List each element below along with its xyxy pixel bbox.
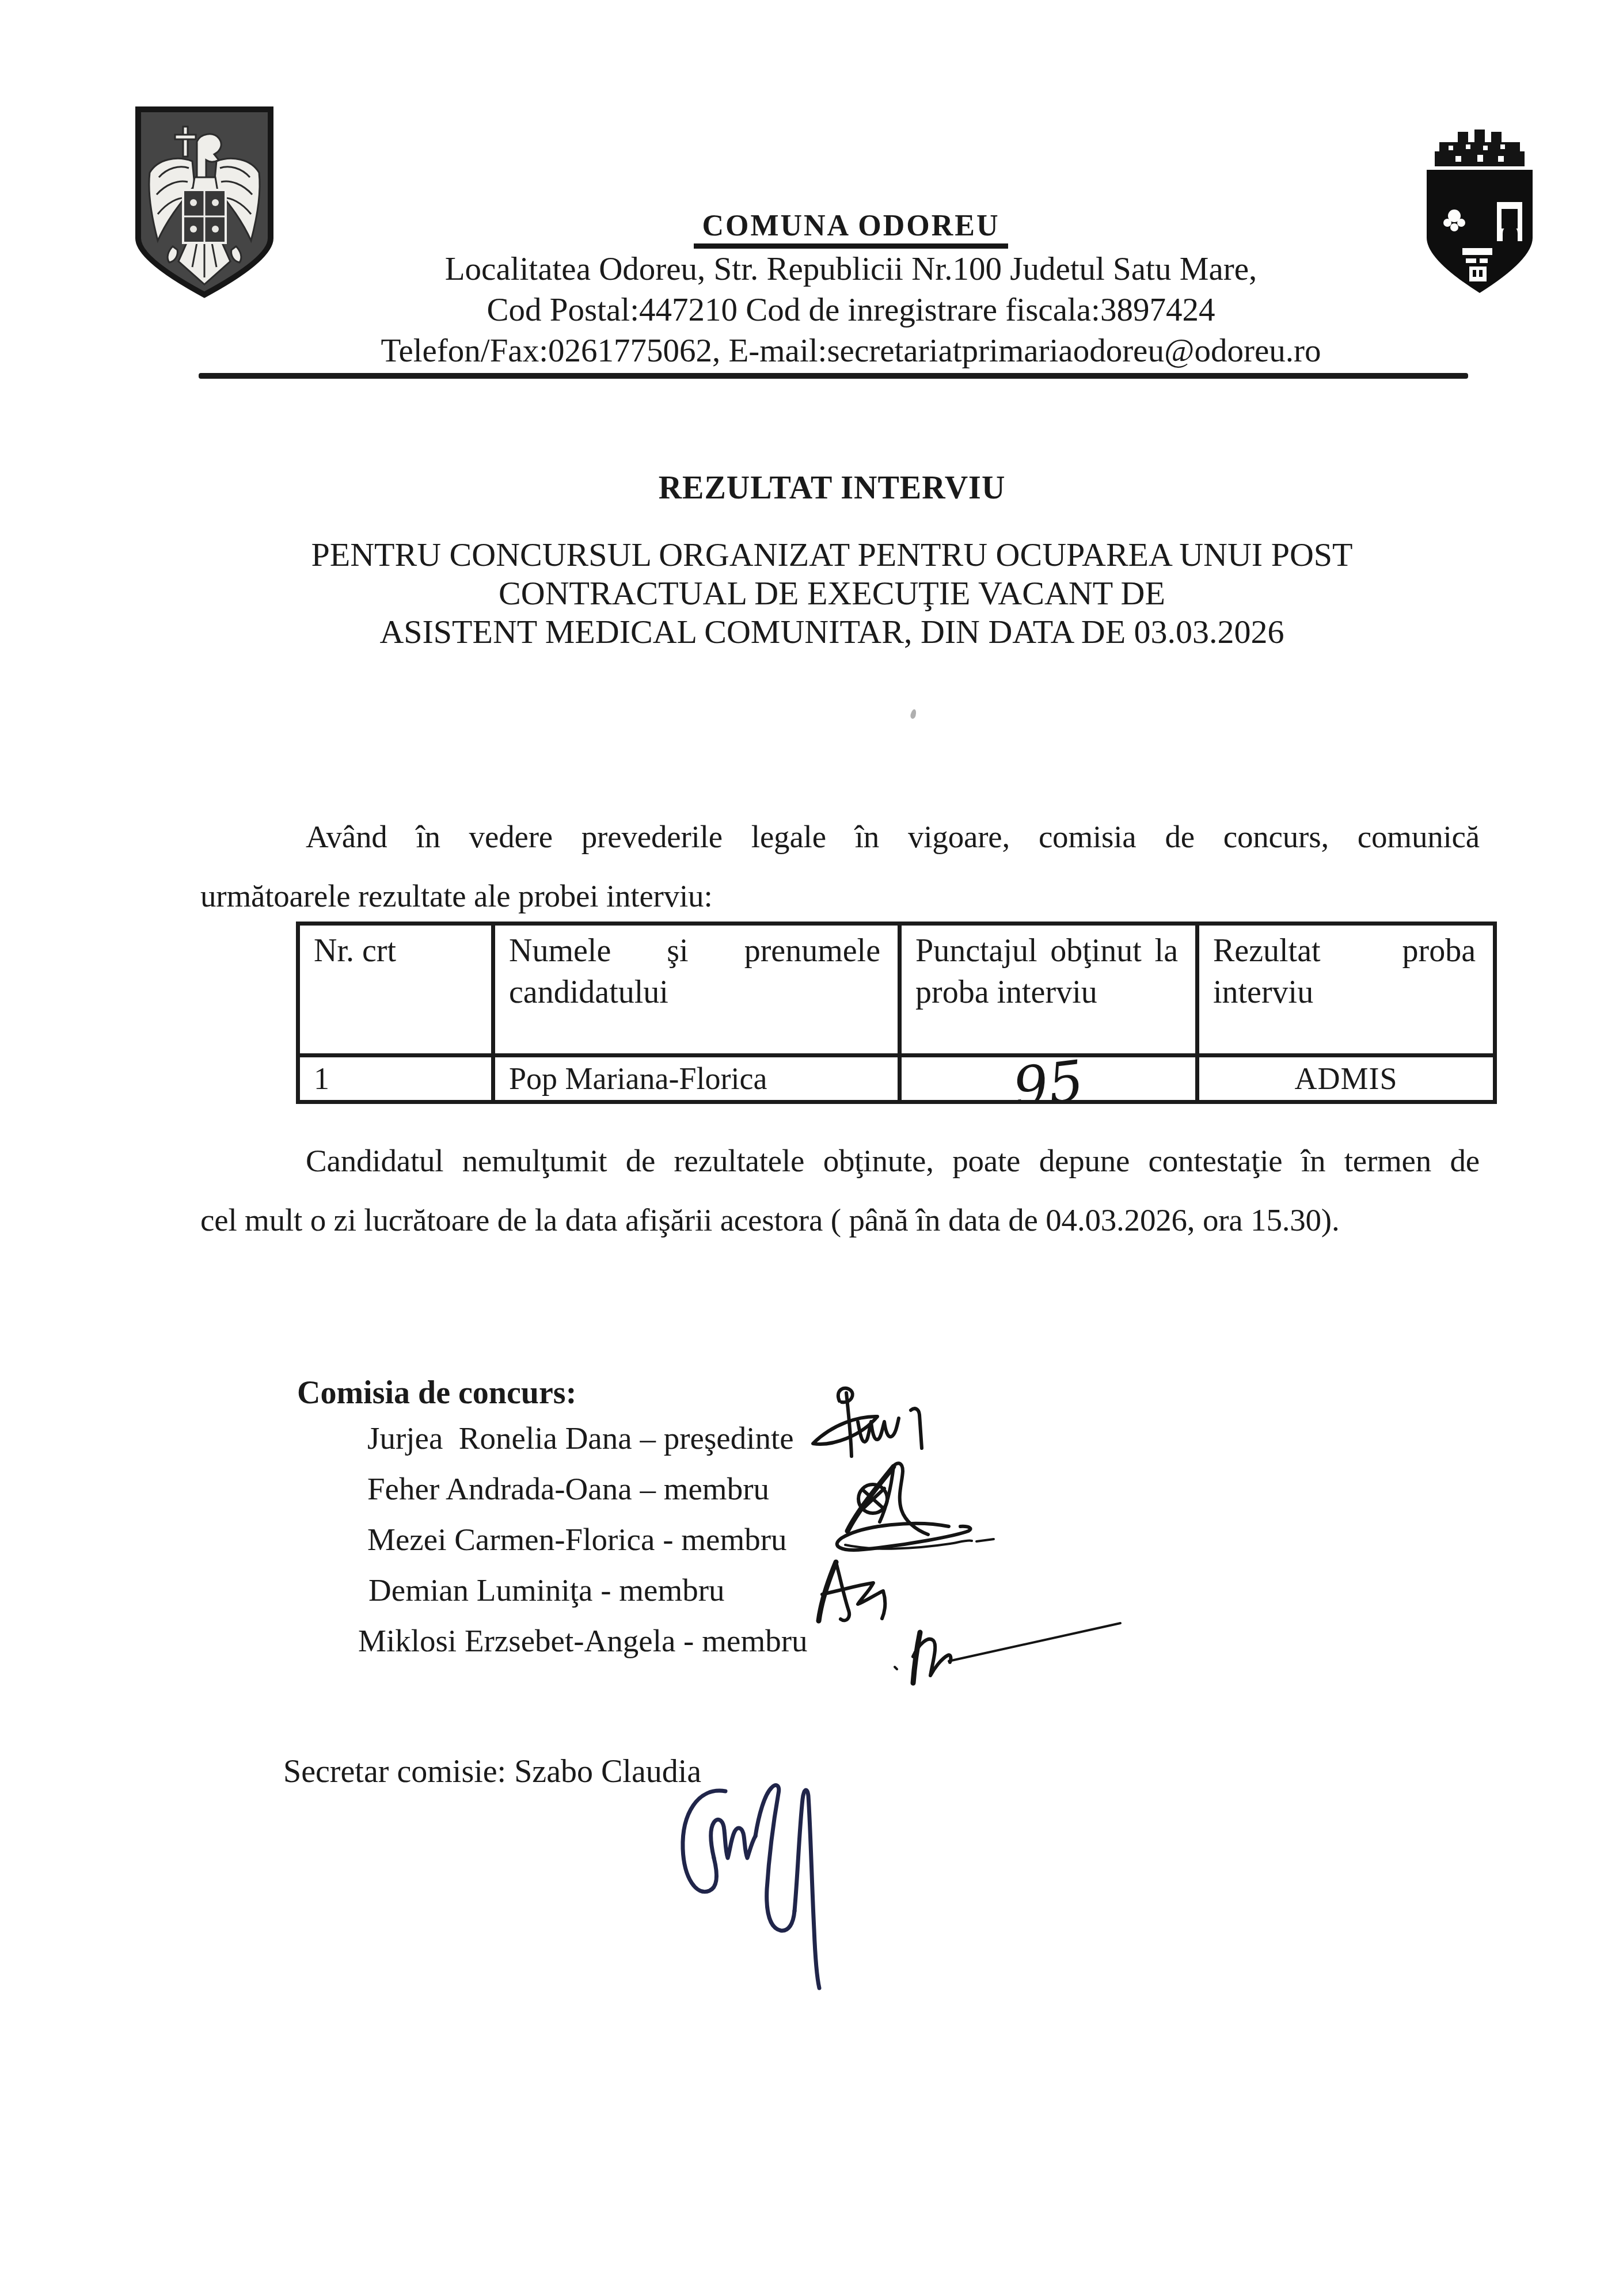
- handwritten-score-value: 95: [1009, 1056, 1087, 1102]
- intro-paragraph-line-1: Având în vedere prevederile legale în vi…: [200, 807, 1480, 866]
- address-line-1: Localitatea Odoreu, Str. Republicii Nr.1…: [275, 249, 1427, 290]
- letterhead: COMUNA ODOREU Localitatea Odoreu, Str. R…: [275, 211, 1427, 371]
- signature-secretar: [675, 1780, 824, 1993]
- contest-paragraph-line-2: cel mult o zi lucrătoare de la data afiş…: [200, 1190, 1480, 1250]
- results-table-header-row: Nr. crt Numele şi prenumele candidatului…: [298, 924, 1495, 1056]
- address-line-2: Cod Postal:447210 Cod de inregistrare fi…: [275, 290, 1427, 330]
- cell-name: Pop Mariana-Florica: [493, 1056, 900, 1102]
- commission-member-jurjea: Jurjea Ronelia Dana – preşedinte: [367, 1421, 794, 1456]
- results-table: Nr. crt Numele şi prenumele candidatului…: [296, 922, 1497, 1104]
- header-cell-result: Rezultat proba interviu: [1198, 924, 1495, 1056]
- commission-member-mezei: Mezei Carmen-Florica - membru: [367, 1522, 786, 1557]
- odoreu-coat-of-arms-icon: [1422, 128, 1537, 295]
- address-line-3: Telefon/Fax:0261775062, E-mail:secretari…: [275, 330, 1427, 371]
- header-divider: [199, 373, 1468, 379]
- cell-nr: 1: [298, 1056, 493, 1102]
- subtitle-line-2: CONTRACTUAL DE EXECUŢIE VACANT DE: [256, 574, 1408, 612]
- commission-member-miklosi: Miklosi Erzsebet-Angela - membru: [358, 1624, 807, 1658]
- header-cell-nr: Nr. crt: [298, 924, 493, 1056]
- contest-paragraph: Candidatul nemulţumit de rezultatele obţ…: [200, 1131, 1480, 1250]
- commission-secretary: Secretar comisie: Szabo Claudia: [283, 1754, 701, 1789]
- cell-score: 95: [900, 1056, 1198, 1102]
- commission-member-demian: Demian Luminiţa - membru: [368, 1573, 725, 1608]
- commission-member-feher: Feher Andrada-Oana – membru: [367, 1472, 769, 1506]
- subtitle-line-3: ASISTENT MEDICAL COMUNITAR, DIN DATA DE …: [256, 612, 1408, 651]
- header-cell-name: Numele şi prenumele candidatului: [493, 924, 900, 1056]
- scan-artifact-dot: [910, 709, 917, 719]
- signature-membru-mezei: [828, 1518, 1001, 1559]
- contest-paragraph-line-1: Candidatul nemulţumit de rezultatele obţ…: [200, 1131, 1480, 1190]
- commission-heading: Comisia de concurs:: [297, 1376, 576, 1410]
- document-subtitle: PENTRU CONCURSUL ORGANIZAT PENTRU OCUPAR…: [256, 535, 1408, 651]
- commune-name: COMUNA ODOREU: [275, 211, 1427, 249]
- document-page: COMUNA ODOREU Localitatea Odoreu, Str. R…: [0, 0, 1623, 2296]
- document-title: REZULTAT INTERVIU: [256, 471, 1408, 505]
- cell-result: ADMIS: [1198, 1056, 1495, 1102]
- romania-coat-of-arms-icon: [132, 105, 276, 298]
- intro-paragraph: Având în vedere prevederile legale în vi…: [200, 807, 1480, 926]
- signature-membru-miklosi: [887, 1616, 1128, 1691]
- intro-paragraph-line-2: următoarele rezultate ale probei intervi…: [200, 866, 1480, 926]
- table-row: 1 Pop Mariana-Florica 95 ADMIS: [298, 1056, 1495, 1102]
- subtitle-line-1: PENTRU CONCURSUL ORGANIZAT PENTRU OCUPAR…: [256, 535, 1408, 574]
- header-cell-score: Punctajul obţinut la proba interviu: [900, 924, 1198, 1056]
